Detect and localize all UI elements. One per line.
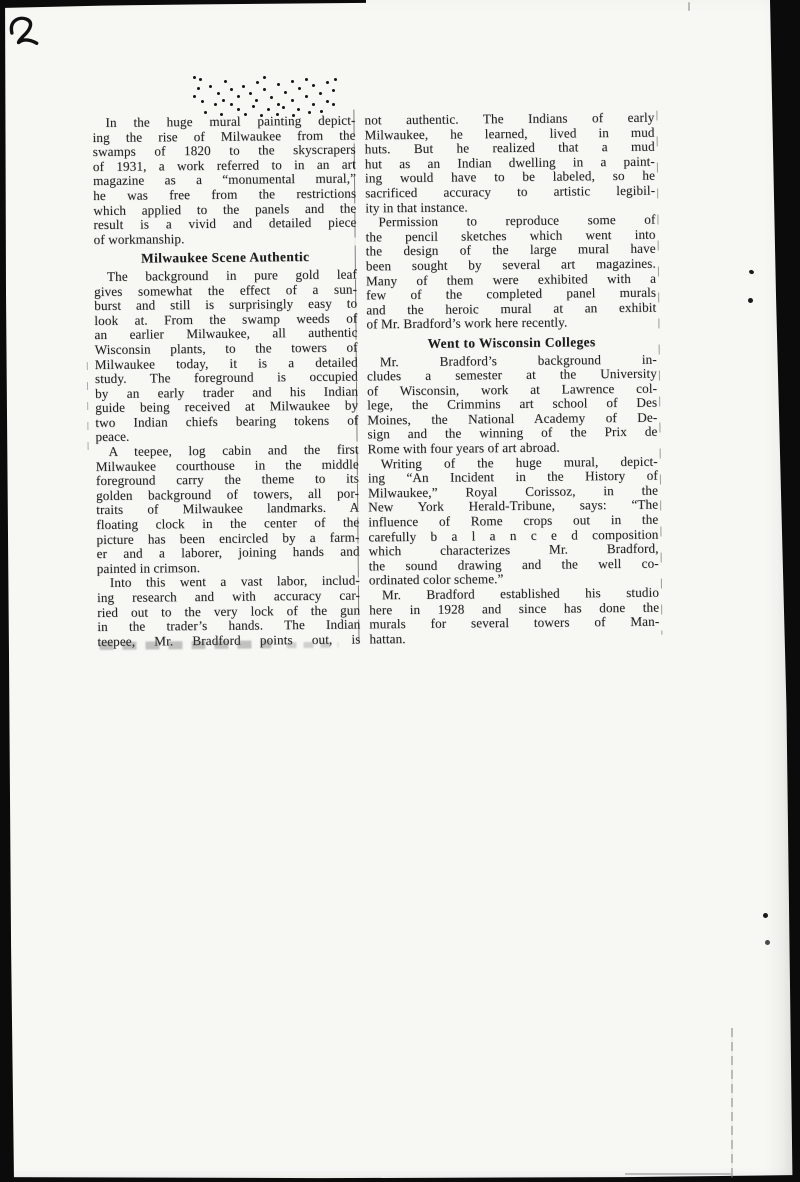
- handwritten-page-number: [8, 13, 45, 55]
- scan-edge-bottom: [0, 1175, 800, 1182]
- newspaper-clipping-scan: In the huge mural painting depict-ing th…: [0, 0, 800, 1182]
- halftone-dots-artifact: [193, 76, 196, 79]
- ink-speck: [748, 298, 753, 303]
- article-column-left: In the huge mural painting depict-ing th…: [92, 114, 360, 650]
- section-heading: Milwaukee Scene Authentic: [94, 250, 357, 267]
- text-line: of Mr. Bradford’s work here recently.: [366, 315, 656, 332]
- paper-crease-line: [731, 1028, 733, 1178]
- article-body: In the huge mural painting depict-ing th…: [85, 101, 670, 667]
- cutoff-text-smudge-2: [286, 642, 338, 648]
- scan-edge-top: [0, 0, 366, 8]
- text-line: er and a laborer, joining hands and: [97, 545, 360, 562]
- left-margin-rule: [87, 362, 89, 454]
- top-edge-tick-mark: [688, 2, 690, 11]
- bottom-edge-gray-line: [625, 1173, 731, 1175]
- scan-edge-left: [0, 0, 14, 1182]
- ink-speck: [748, 269, 754, 274]
- ink-speck: [763, 913, 768, 918]
- text-line: murals for several towers of Man-: [369, 615, 659, 632]
- text-line: of workmanship.: [94, 230, 357, 247]
- scan-edge-right: [770, 0, 800, 1182]
- text-line: result is a vivid and detailed piece: [93, 216, 356, 233]
- article-column-right: not authentic. The Indians of earlyMilwa…: [364, 111, 659, 647]
- section-heading: Went to Wisconsin Colleges: [367, 335, 657, 352]
- text-line: hattan.: [369, 629, 659, 646]
- ink-speck: [765, 940, 770, 945]
- cutoff-text-smudge: [99, 640, 271, 650]
- handwritten-2-mark: [8, 13, 45, 55]
- text-line: sacrificed accuracy to artistic legibil-: [365, 184, 655, 201]
